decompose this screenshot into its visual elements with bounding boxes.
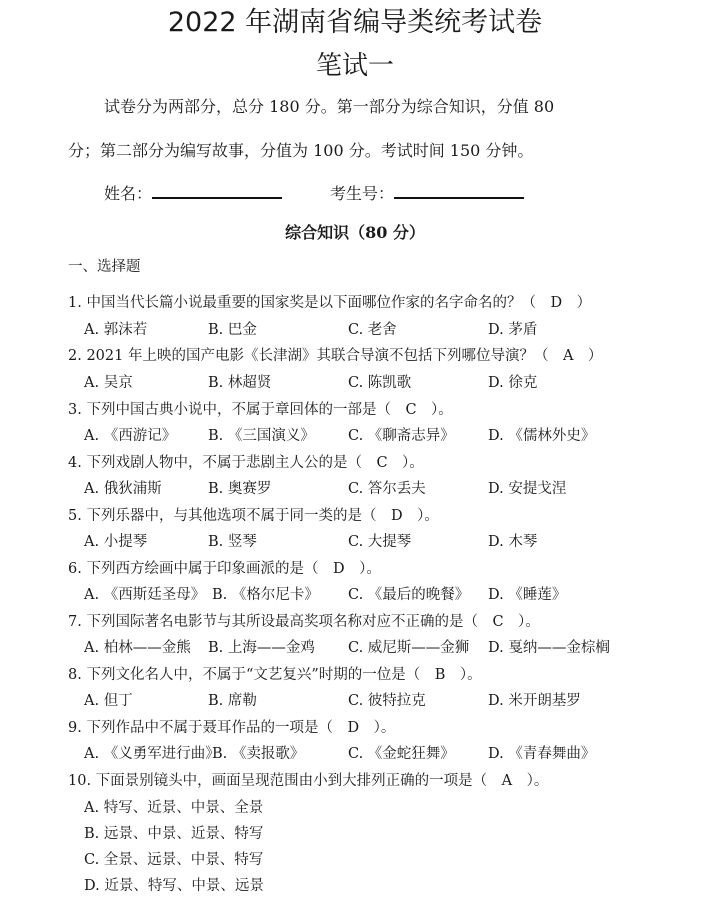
option: D. 茅盾 bbox=[488, 320, 537, 340]
option: C. 《聊斋志异》 bbox=[348, 426, 455, 446]
option: A. 柏林——金熊 bbox=[84, 638, 191, 658]
option: D. 米开朗基罗 bbox=[488, 691, 581, 711]
option: B. 《卖报歌》 bbox=[212, 744, 304, 764]
option: A. 《西游记》 bbox=[84, 426, 176, 446]
exam-id-blank bbox=[394, 183, 524, 199]
option: B. 林超贤 bbox=[208, 373, 271, 393]
option: D. 《儒林外史》 bbox=[488, 426, 595, 446]
option: C. 威尼斯——金狮 bbox=[348, 638, 469, 658]
option: B. 《格尔尼卡》 bbox=[212, 585, 319, 605]
question-stem: 10. 下面景别镜头中，画面呈现范围由小到大排列正确的一项是（ A ）。 bbox=[68, 771, 548, 791]
intro-line-2: 分；第二部分为编写故事，分值为 100 分。考试时间 150 分钟。 bbox=[68, 140, 533, 162]
exam-id-label: 考生号： bbox=[330, 184, 394, 203]
option: D. 戛纳——金棕榈 bbox=[488, 638, 610, 658]
option: D. 《青春舞曲》 bbox=[488, 744, 595, 764]
name-label: 姓名： bbox=[104, 184, 152, 203]
exam-subtitle: 笔试一 bbox=[0, 50, 710, 82]
name-blank bbox=[152, 183, 282, 199]
option: D. 安提戈涅 bbox=[488, 479, 566, 499]
question-stem: 7. 下列国际著名电影节与其所设最高奖项名称对应不正确的是（ C ）。 bbox=[68, 612, 540, 632]
option: A. 俄狄浦斯 bbox=[84, 479, 162, 499]
question-stem: 5. 下列乐器中，与其他选项不属于同一类的是（ D ）。 bbox=[68, 506, 439, 526]
option: B. 奥赛罗 bbox=[208, 479, 271, 499]
option: A. 《义勇军进行曲》 bbox=[84, 744, 220, 764]
option: B. 巴金 bbox=[208, 320, 257, 340]
question-stem: 9. 下列作品中不属于聂耳作品的一项是（ D ）。 bbox=[68, 718, 395, 738]
option: D. 近景、特写、中景、远景 bbox=[84, 876, 264, 896]
option: C. 《最后的晚餐》 bbox=[348, 585, 469, 605]
option: D. 徐克 bbox=[488, 373, 537, 393]
option: C. 彼特拉克 bbox=[348, 691, 426, 711]
option: A. 《西斯廷圣母》 bbox=[84, 585, 205, 605]
question-stem: 1. 中国当代长篇小说最重要的国家奖是以下面哪位作家的名字命名的？（ D ） bbox=[68, 293, 591, 313]
option: B. 《三国演义》 bbox=[208, 426, 315, 446]
intro-line-1: 试卷分为两部分，总分 180 分。第一部分为综合知识，分值 80 bbox=[104, 96, 554, 118]
option: A. 特写、近景、中景、全景 bbox=[84, 798, 263, 818]
option: C. 老舍 bbox=[348, 320, 397, 340]
option: C. 大提琴 bbox=[348, 532, 411, 552]
question-stem: 8. 下列文化名人中，不属于“文艺复兴”时期的一位是（ B ）。 bbox=[68, 665, 482, 685]
option: C. 《金蛇狂舞》 bbox=[348, 744, 455, 764]
option: D. 《睡莲》 bbox=[488, 585, 566, 605]
option: A. 郭沫若 bbox=[84, 320, 147, 340]
option: B. 上海——金鸡 bbox=[208, 638, 315, 658]
part-title: 一、选择题 bbox=[68, 257, 141, 277]
option: D. 木琴 bbox=[488, 532, 537, 552]
option: B. 远景、中景、近景、特写 bbox=[84, 824, 263, 844]
name-field: 姓名： bbox=[104, 183, 282, 205]
option: C. 陈凯歌 bbox=[348, 373, 411, 393]
question-stem: 3. 下列中国古典小说中，不属于章回体的一部是（ C ）。 bbox=[68, 400, 453, 420]
question-stem: 4. 下列戏剧人物中，不属于悲剧主人公的是（ C ）。 bbox=[68, 453, 424, 473]
question-stem: 2. 2021 年上映的国产电影《长津湖》其联合导演不包括下列哪位导演？（ A … bbox=[68, 346, 602, 366]
option: A. 吴京 bbox=[84, 373, 133, 393]
option: C. 答尔丢夫 bbox=[348, 479, 426, 499]
option: A. 但丁 bbox=[84, 691, 133, 711]
option: B. 席勒 bbox=[208, 691, 257, 711]
option: B. 竖琴 bbox=[208, 532, 257, 552]
section-title: 综合知识（80 分） bbox=[0, 220, 710, 243]
question-stem: 6. 下列西方绘画中属于印象画派的是（ D ）。 bbox=[68, 559, 381, 579]
exam-title: 2022 年湖南省编导类统考试卷 bbox=[0, 6, 710, 40]
exam-id-field: 考生号： bbox=[330, 183, 524, 205]
option: C. 全景、远景、中景、特写 bbox=[84, 850, 263, 870]
option: A. 小提琴 bbox=[84, 532, 147, 552]
